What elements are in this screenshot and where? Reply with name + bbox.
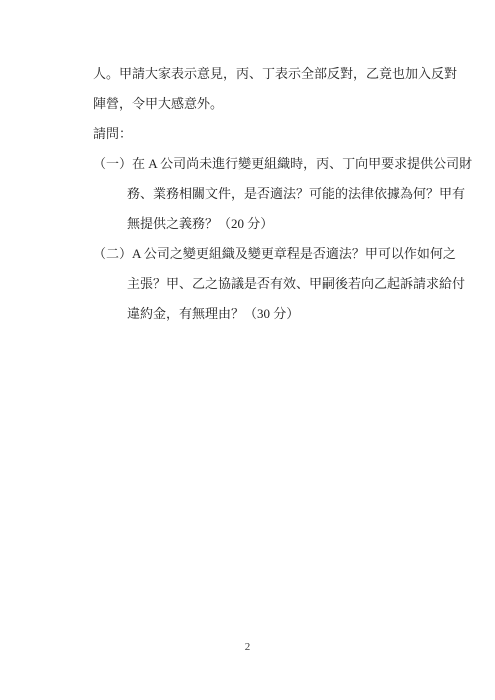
- document-line: 無提供之義務？（20 分）: [93, 209, 475, 239]
- document-line-question-2: （二）A 公司之變更組織及變更章程是否適法？甲可以作如何之: [93, 239, 475, 269]
- document-line: 主張？甲、乙之協議是否有效、甲嗣後若向乙起訴請求給付: [93, 269, 475, 299]
- page-number: 2: [0, 641, 495, 653]
- document-line: 人。甲請大家表示意見，丙、丁表示全部反對，乙竟也加入反對: [93, 59, 475, 89]
- document-line: 陣營，令甲大感意外。: [93, 89, 475, 119]
- document-line-question-1: （一）在 A 公司尚未進行變更組織時，丙、丁向甲要求提供公司財: [93, 149, 475, 179]
- document-line: 違約金，有無理由？（30 分）: [93, 299, 475, 329]
- document-line: 務、業務相關文件，是否適法？可能的法律依據為何？甲有: [93, 179, 475, 209]
- document-body: 人。甲請大家表示意見，丙、丁表示全部反對，乙竟也加入反對 陣營，令甲大感意外。 …: [93, 59, 475, 329]
- document-page: 人。甲請大家表示意見，丙、丁表示全部反對，乙竟也加入反對 陣營，令甲大感意外。 …: [0, 0, 495, 700]
- document-line: 請問：: [93, 119, 475, 149]
